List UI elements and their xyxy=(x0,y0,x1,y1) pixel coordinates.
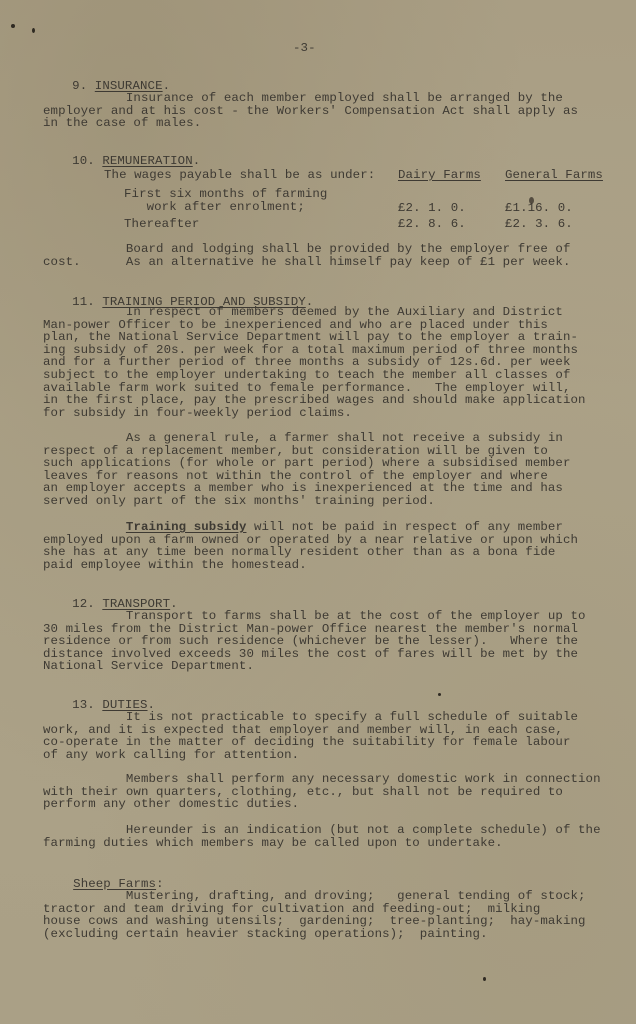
text-line: In respect of members deemed by the Auxi… xyxy=(43,306,586,319)
training-paragraph-2: As a general rule, a farmer shall not re… xyxy=(43,432,571,508)
page-number: -3- xyxy=(293,42,316,55)
wage-dairy-value: £2. 1. 0. xyxy=(398,202,466,215)
training-subsidy-emphasis: Training subsidy xyxy=(126,520,247,534)
text-line: National Service Department. xyxy=(43,660,586,673)
text-line: served only part of the six months' trai… xyxy=(43,495,571,508)
ink-speck xyxy=(483,977,486,981)
board-lodging-paragraph: Board and lodging shall be provided by t… xyxy=(43,243,571,268)
column-header-dairy-farms: Dairy Farms xyxy=(398,169,481,182)
transport-paragraph: Transport to farms shall be at the cost … xyxy=(43,610,586,673)
text-line: in the case of males. xyxy=(43,117,578,130)
text-line: Insurance of each member employed shall … xyxy=(43,92,578,105)
section-number: 10. xyxy=(72,154,95,168)
text-line: As a general rule, a farmer shall not re… xyxy=(43,432,571,445)
text-line: Members shall perform any necessary dome… xyxy=(43,773,601,786)
text-line: perform any other domestic duties. xyxy=(43,798,601,811)
text-line: Mustering, drafting, and droving; genera… xyxy=(43,890,586,903)
typewritten-document-page: -3- 9. INSURANCE. Insurance of each memb… xyxy=(0,0,636,1024)
text-line: farming duties which members may be call… xyxy=(43,837,601,850)
wage-general-value: £2. 3. 6. xyxy=(505,218,573,231)
wage-general-value: £1.16. 0. xyxy=(505,202,573,215)
text-line: house cows and washing utensils; gardeni… xyxy=(43,915,586,928)
insurance-paragraph: Insurance of each member employed shall … xyxy=(43,92,578,130)
text-line: in the first place, pay the prescribed w… xyxy=(43,394,586,407)
ink-speck xyxy=(11,24,15,28)
wage-dairy-value: £2. 8. 6. xyxy=(398,218,466,231)
wage-row-label: work after enrolment; xyxy=(124,201,305,214)
text-line: Hereunder is an indication (but not a co… xyxy=(43,824,601,837)
text-line: such applications (for whole or part per… xyxy=(43,457,571,470)
text-line: Transport to farms shall be at the cost … xyxy=(43,610,586,623)
text-line: residence or from such residence (whiche… xyxy=(43,635,586,648)
text-line: cost. As an alternative he shall himself… xyxy=(43,256,571,269)
text-line: paid employee within the homestead. xyxy=(43,559,578,572)
duties-paragraph-2: Members shall perform any necessary dome… xyxy=(43,773,601,811)
sheep-farms-duties: Mustering, drafting, and droving; genera… xyxy=(43,890,586,940)
text-line: of any work calling for attention. xyxy=(43,749,578,762)
duties-paragraph-1: It is not practicable to specify a full … xyxy=(43,711,578,761)
text-line: Training subsidy will not be paid in res… xyxy=(43,521,578,534)
column-header-general-farms: General Farms xyxy=(505,169,603,182)
wage-row-label: Thereafter xyxy=(124,218,199,231)
text-line: co-operate in the matter of deciding the… xyxy=(43,736,578,749)
ink-speck xyxy=(32,28,35,33)
section-title: REMUNERATION xyxy=(102,154,192,168)
text-fragment: will not be paid in respect of any membe… xyxy=(246,520,563,534)
wages-intro: The wages payable shall be as under: xyxy=(104,169,375,182)
training-paragraph-1: In respect of members deemed by the Auxi… xyxy=(43,306,586,419)
text-line: subject to the employer undertaking to t… xyxy=(43,369,586,382)
text-line: Board and lodging shall be provided by t… xyxy=(43,243,571,256)
text-line: plan, the National Service Department wi… xyxy=(43,331,586,344)
text-line: she has at any time been normally reside… xyxy=(43,546,578,559)
duties-paragraph-3: Hereunder is an indication (but not a co… xyxy=(43,824,601,849)
wage-row-label: First six months of farming xyxy=(124,188,327,201)
text-line: for subsidy in four-weekly period claims… xyxy=(43,407,586,420)
text-line: (excluding certain heavier stacking oper… xyxy=(43,928,586,941)
text-line: It is not practicable to specify a full … xyxy=(43,711,578,724)
training-paragraph-3: Training subsidy will not be paid in res… xyxy=(43,521,578,571)
ink-speck xyxy=(438,693,441,696)
